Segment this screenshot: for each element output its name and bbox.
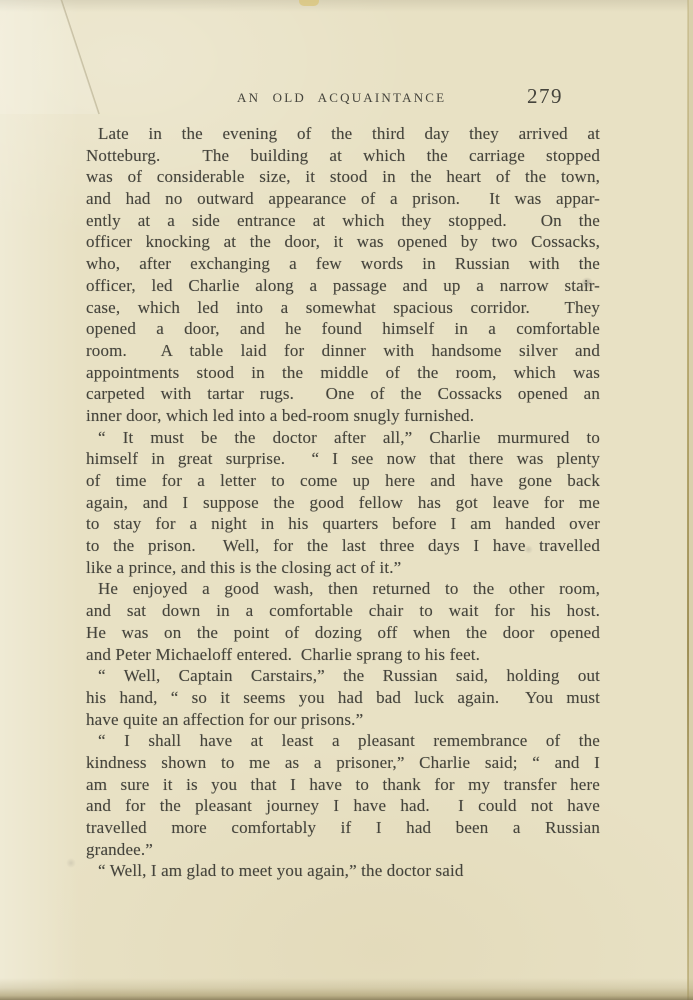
text-line: opened a door, and he found himself in a… xyxy=(86,318,600,340)
page-number: 279 xyxy=(527,84,563,109)
text-line: He enjoyed a good wash, then returned to… xyxy=(86,578,600,600)
text-line: Notteburg. The building at which the car… xyxy=(86,145,600,167)
text-line: who, after exchanging a few words in Rus… xyxy=(86,253,600,275)
text-line: and Peter Michaeloff entered. Charlie sp… xyxy=(86,644,600,666)
text-line: “ It must be the doctor after all,” Char… xyxy=(86,427,600,449)
text-line: again, and I suppose the good fellow has… xyxy=(86,492,600,514)
text-line: officer, led Charlie along a passage and… xyxy=(86,275,600,297)
bottom-edge-shadow xyxy=(0,978,693,1000)
text-line: Late in the evening of the third day the… xyxy=(86,123,600,145)
text-line: and for the pleasant journey I have had.… xyxy=(86,795,600,817)
paragraph: “ I shall have at least a pleasant remem… xyxy=(86,730,600,860)
text-line: inner door, which led into a bed-room sn… xyxy=(86,405,600,427)
text-line: have quite an affection for our prisons.… xyxy=(86,709,600,731)
right-edge-line xyxy=(687,0,689,1000)
text-line: He was on the point of dozing off when t… xyxy=(86,622,600,644)
paragraph: “ It must be the doctor after all,” Char… xyxy=(86,427,600,579)
text-line: travelled more comfortably if I had been… xyxy=(86,817,600,839)
text-line: grandee.” xyxy=(86,839,600,861)
paragraph: Late in the evening of the third day the… xyxy=(86,123,600,427)
text-line: am sure it is you that I have to thank f… xyxy=(86,774,600,796)
text-line: of time for a letter to come up here and… xyxy=(86,470,600,492)
text-line: to the prison. Well, for the last three … xyxy=(86,535,600,557)
paragraph: He enjoyed a good wash, then returned to… xyxy=(86,578,600,665)
text-line: ently at a side entrance at which they s… xyxy=(86,210,600,232)
paper-speck xyxy=(66,858,76,868)
paragraph: “ Well, Captain Carstairs,” the Russian … xyxy=(86,665,600,730)
text-block: Late in the evening of the third day the… xyxy=(86,123,600,882)
text-line: to stay for a night in his quarters befo… xyxy=(86,513,600,535)
paragraph: “ Well, I am glad to meet you again,” th… xyxy=(86,860,600,882)
text-line: appointments stood in the middle of the … xyxy=(86,362,600,384)
running-title: AN OLD ACQUAINTANCE xyxy=(237,90,446,106)
text-line: “ Well, I am glad to meet you again,” th… xyxy=(86,860,600,882)
text-line: “ Well, Captain Carstairs,” the Russian … xyxy=(86,665,600,687)
text-line: his hand, “ so it seems you had bad luck… xyxy=(86,687,600,709)
top-center-mark xyxy=(299,0,319,6)
text-line: himself in great surprise. “ I see now t… xyxy=(86,448,600,470)
text-line: like a prince, and this is the closing a… xyxy=(86,557,600,579)
text-line: carpeted with tartar rugs. One of the Co… xyxy=(86,383,600,405)
text-line: case, which led into a somewhat spacious… xyxy=(86,297,600,319)
text-line: and sat down in a comfortable chair to w… xyxy=(86,600,600,622)
text-line: officer knocking at the door, it was ope… xyxy=(86,231,600,253)
text-line: was of considerable size, it stood in th… xyxy=(86,166,600,188)
text-line: “ I shall have at least a pleasant remem… xyxy=(86,730,600,752)
text-line: room. A table laid for dinner with hands… xyxy=(86,340,600,362)
text-line: and had no outward appearance of a priso… xyxy=(86,188,600,210)
text-line: kindness shown to me as a prisoner,” Cha… xyxy=(86,752,600,774)
book-page-scan: AN OLD ACQUAINTANCE 279 Late in the even… xyxy=(0,0,693,1000)
